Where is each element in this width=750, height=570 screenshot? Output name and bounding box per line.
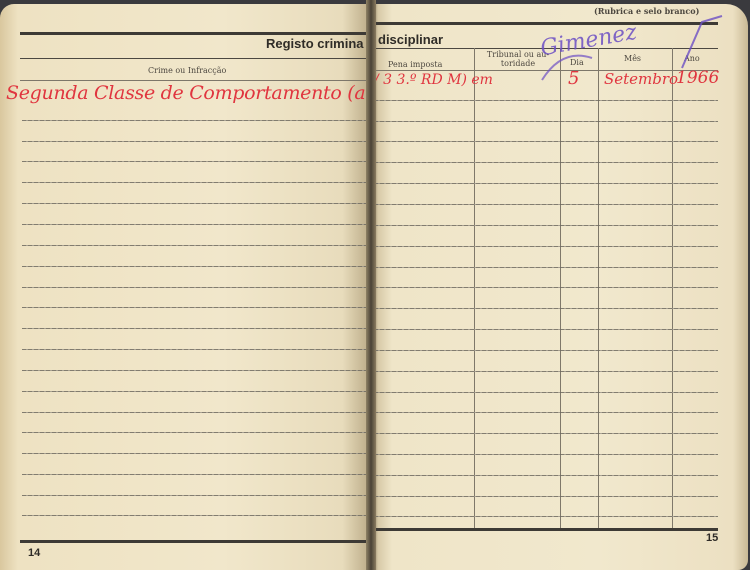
right-page: (Rubrica e selo branco) disciplinar Pena…: [372, 4, 748, 570]
page-number-14: 14: [28, 547, 40, 559]
handwritten-crime-entry: Segunda Classe de Comportamento (art: [6, 82, 382, 104]
register-title-right: disciplinar: [378, 32, 443, 47]
handwritten-pena-entry: / 3 3.º RD M) em: [374, 72, 493, 88]
column-header-crime: Crime ou Infracção: [148, 66, 226, 75]
page-number-15: 15: [706, 532, 718, 544]
column-header-rule: [20, 80, 372, 81]
header-rule: [20, 58, 372, 59]
footer-rule-left: [20, 540, 372, 543]
open-booklet: Registo crimina Crime ou Infracção Segun…: [0, 0, 750, 570]
signature-stroke-icon: [532, 8, 732, 88]
book-gutter: [366, 0, 376, 570]
left-page: Registo crimina Crime ou Infracção Segun…: [0, 4, 372, 570]
header-top-rule: [20, 32, 372, 35]
footer-rule-right: [372, 528, 718, 531]
register-title-left: Registo crimina: [266, 36, 364, 51]
column-header-pena: Pena imposta: [388, 60, 442, 69]
